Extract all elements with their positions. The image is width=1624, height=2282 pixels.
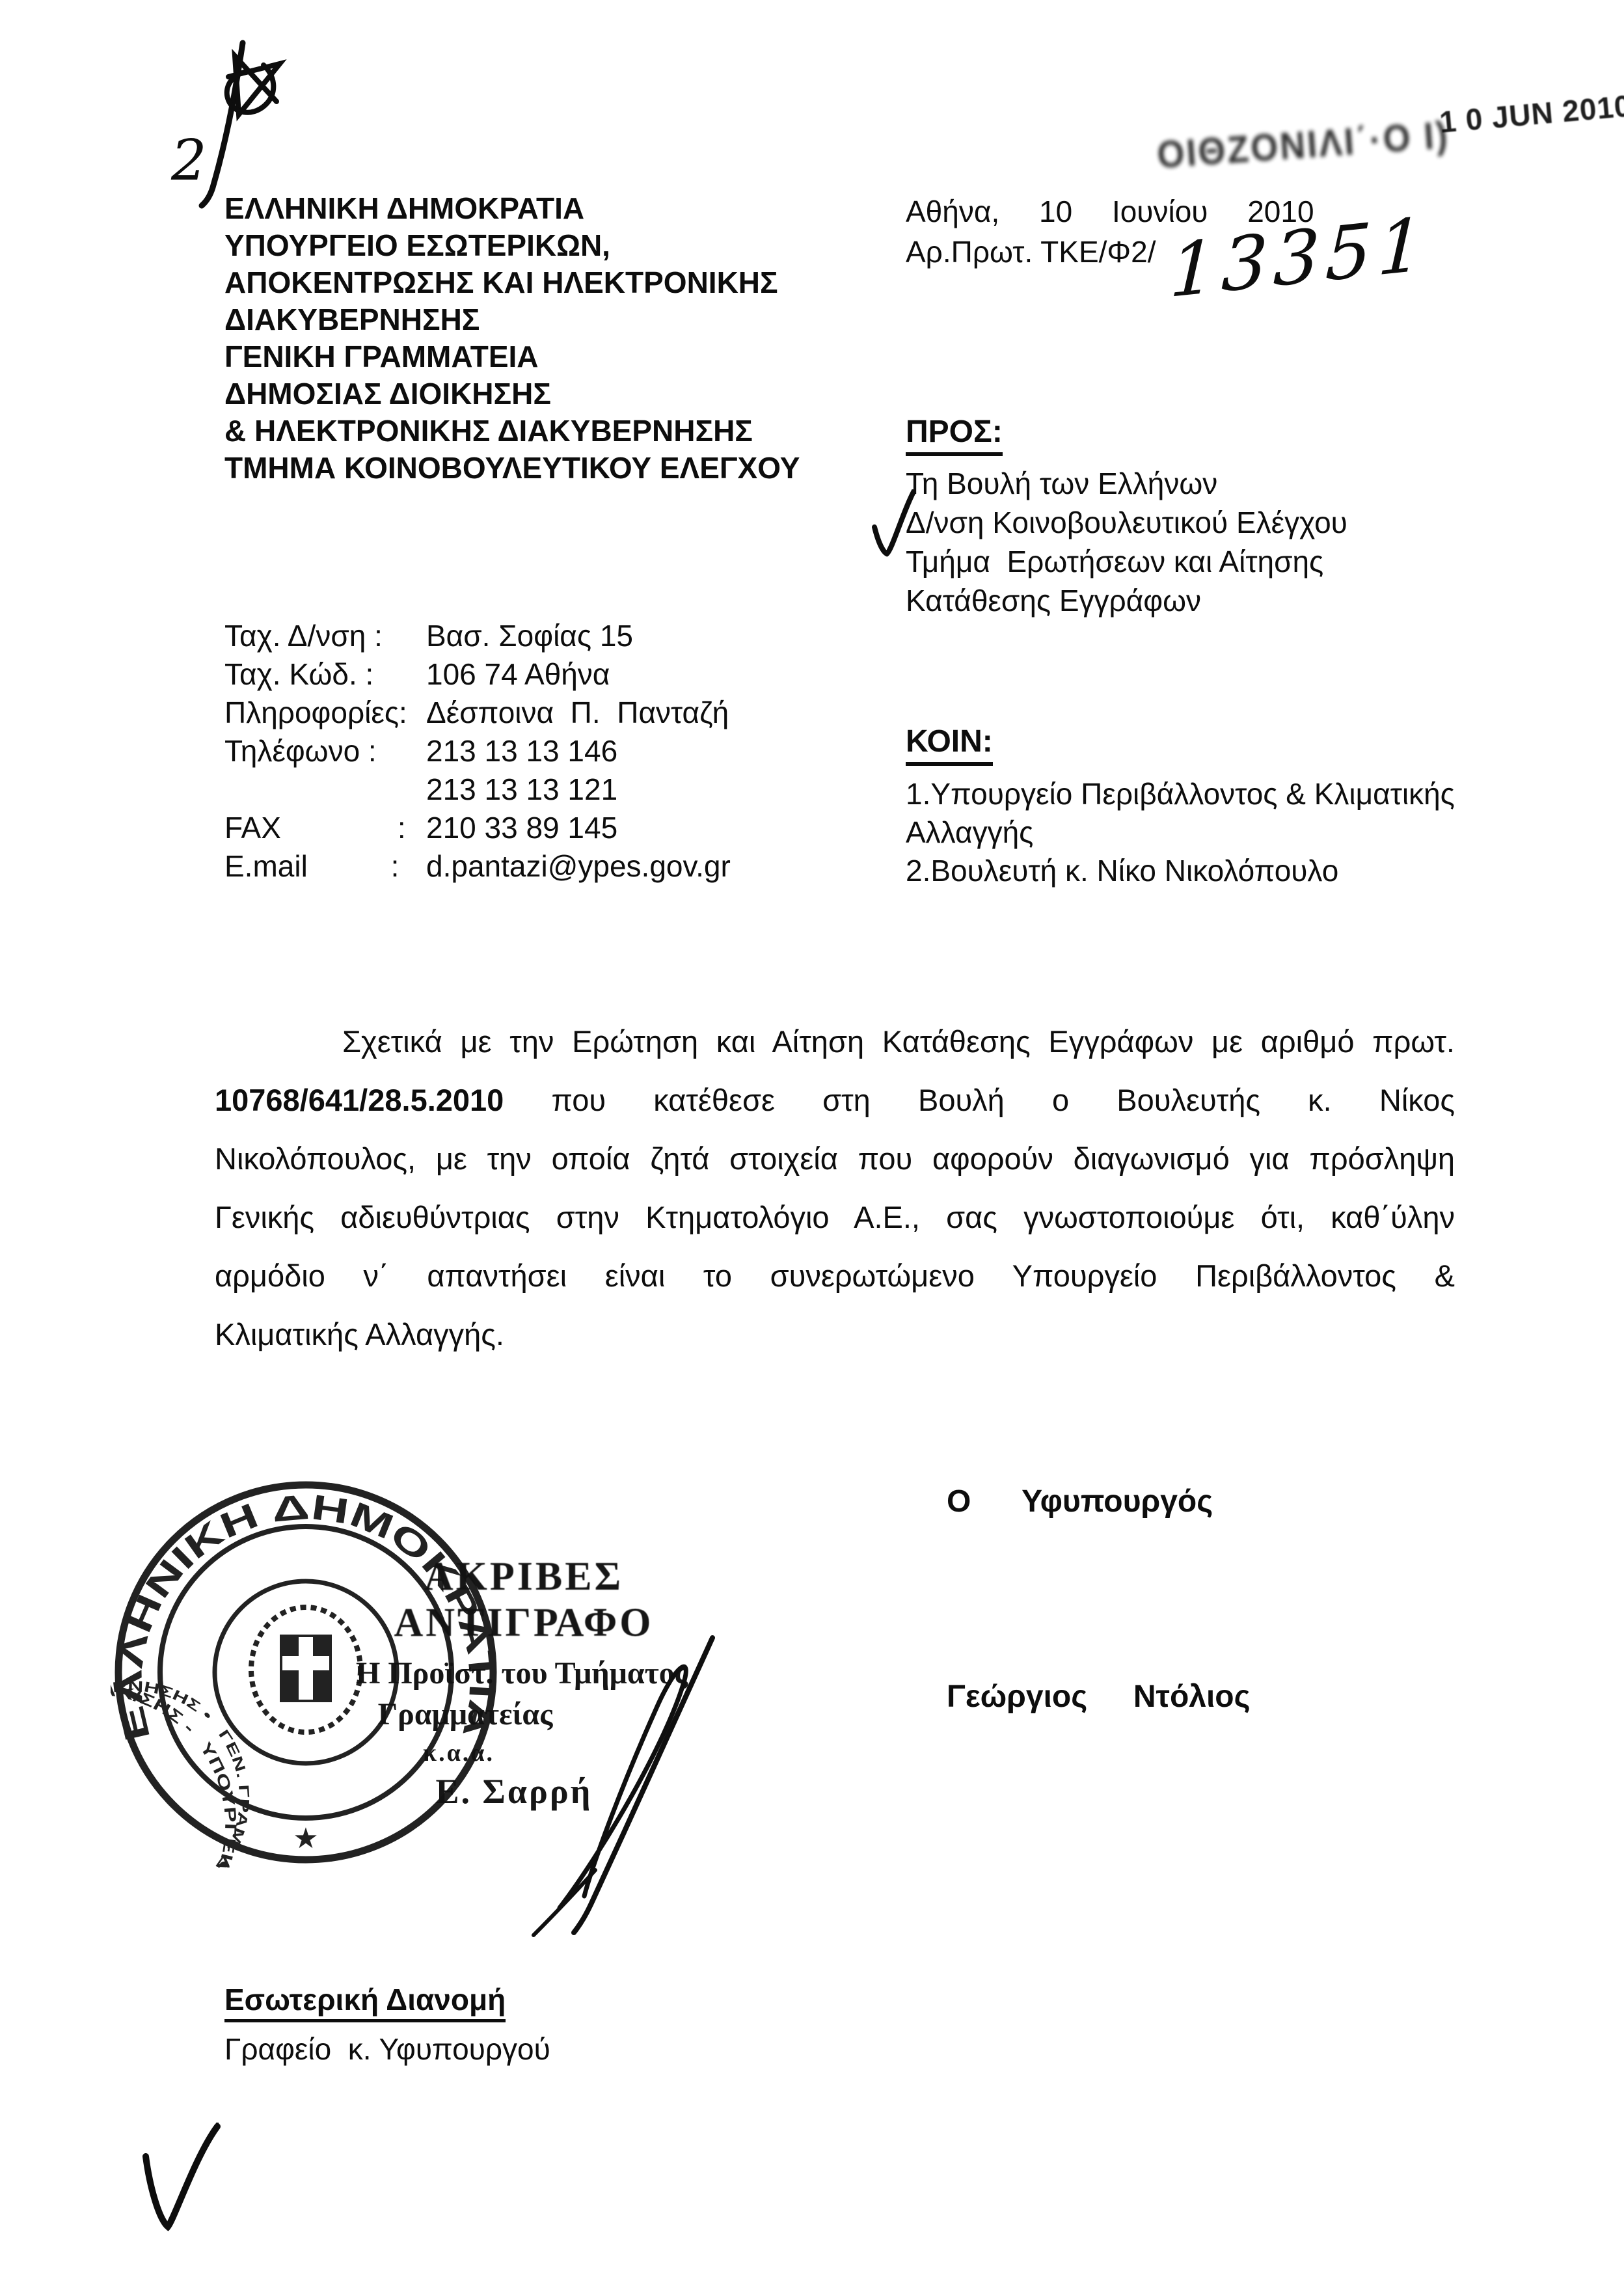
cc-line: 1.Υπουργείο Περιβάλλοντος & Κλιματικής: [906, 775, 1455, 813]
recipient-block: ΠΡΟΣ: Τη Βουλή των Ελλήνων Δ/νση Κοινοβο…: [906, 414, 1347, 620]
contact-label: FAX :: [224, 809, 426, 847]
protocol-label: Αρ.Πρωτ. ΤΚΕ/Φ2/: [906, 234, 1156, 269]
bottom-checkmark-icon: [138, 2123, 223, 2246]
body-line: Σχετικά με την Ερώτηση και Αίτηση Κατάθε…: [215, 1012, 1455, 1071]
body-line: 10768/641/28.5.2010 που κατέθεσε στη Βου…: [215, 1071, 1455, 1130]
contact-value: 213 13 13 121: [426, 772, 617, 806]
body-line: Κλιματικής Αλλαγγής.: [215, 1305, 1455, 1364]
body-line: αρμόδιο ν΄ απαντήσει είναι το συνερωτώμε…: [215, 1247, 1455, 1305]
recipient-line: Τη Βουλή των Ελλήνων: [906, 464, 1347, 503]
letterhead-line: ΤΜΗΜΑ ΚΟΙΝΟΒΟΥΛΕΥΤΙΚΟΥ ΕΛΕΓΧΟΥ: [224, 450, 800, 487]
cc-heading: ΚΟΙΝ:: [906, 724, 993, 766]
recipient-line: Δ/νση Κοινοβουλευτικού Ελέγχου: [906, 503, 1347, 542]
body-line: Νικολόπουλος, με την οποία ζητά στοιχεία…: [215, 1130, 1455, 1188]
body-line-text: που κατέθεσε στη Βουλή ο Βουλευτής κ. Νί…: [504, 1083, 1455, 1117]
recipient-line: Τμήμα Ερωτήσεων και Αίτησης: [906, 542, 1347, 581]
letterhead-line: & ΗΛΕΚΤΡΟΝΙΚΗΣ ΔΙΑΚΥΒΕΡΝΗΣΗΣ: [224, 413, 800, 450]
cc-line: Αλλαγγής: [906, 813, 1455, 852]
cc-line: 2.Βουλευτή κ. Νίκο Νικολόπουλο: [906, 852, 1455, 890]
stamp-star-icon: ★: [293, 1823, 318, 1854]
body-line: Γενικής αδιευθύντριας στην Κτηματολόγιο …: [215, 1188, 1455, 1247]
handwritten-signature: [514, 1602, 735, 1940]
svg-text:ΓΕΝ. ΓΡΑΜ. ΔΗΜ. ΔΙΟΙΚ/ΣΗΣ & ΗΛ: ΓΕΝ. ΓΡΑΜ. ΔΗΜ. ΔΙΟΙΚ/ΣΗΣ & ΗΛΕΚΤΡΟΝ. ΔΙ…: [111, 1678, 252, 1868]
signer-title: Ο Υφυπουργός: [947, 1484, 1213, 1519]
contact-value: 213 13 13 146: [426, 734, 617, 768]
contact-label: E.mail :: [224, 847, 426, 886]
recipient-checkmark-icon: [871, 489, 916, 561]
contact-value: 106 74 Αθήνα: [426, 657, 610, 691]
stamp-coat-of-arms: [281, 1636, 331, 1701]
scanned-letter-page: { "colors": { "ink": "#0d0d0d", "paper":…: [0, 0, 1624, 2282]
date-received-stamp: 1 0 JUN 2010: [1438, 88, 1624, 140]
letterhead-line: ΥΠΟΥΡΓΕΙΟ ΕΣΩΤΕΡΙΚΩΝ,: [224, 227, 800, 264]
contact-value: 210 33 89 145: [426, 811, 617, 845]
internal-distribution: Εσωτερική Διανομή Γραφείο κ. Υφυπουργού: [224, 1982, 550, 2067]
internal-distribution-line: Γραφείο κ. Υφυπουργού: [224, 2031, 550, 2067]
internal-distribution-heading: Εσωτερική Διανομή: [224, 1982, 506, 2022]
contact-value: Δέσποινα Π. Πανταζή: [426, 696, 729, 729]
page-number-digit: 2: [170, 128, 207, 193]
letterhead-line: ΑΠΟΚΕΝΤΡΩΣΗΣ ΚΑΙ ΗΛΕΚΤΡΟΝΙΚΗΣ: [224, 264, 800, 301]
letterhead-line: ΕΛΛΗΝΙΚΗ ΔΗΜΟΚΡΑΤΙΑ: [224, 190, 800, 227]
cc-block: ΚΟΙΝ: 1.Υπουργείο Περιβάλλοντος & Κλιματ…: [906, 724, 1455, 890]
body-paragraph: Σχετικά με την Ερώτηση και Αίτηση Κατάθε…: [215, 1012, 1455, 1364]
contact-label: Ταχ. Δ/νση :: [224, 617, 426, 655]
contact-value: d.pantazi@ypes.gov.gr: [426, 849, 731, 883]
letterhead: ΕΛΛΗΝΙΚΗ ΔΗΜΟΚΡΑΤΙΑ ΥΠΟΥΡΓΕΙΟ ΕΣΩΤΕΡΙΚΩΝ…: [224, 190, 800, 487]
signer-name: Γεώργιος Ντόλιος: [947, 1679, 1251, 1715]
recipient-heading: ΠΡΟΣ:: [906, 414, 1003, 456]
contact-label: Πληροφορίες:: [224, 694, 426, 732]
letterhead-line: ΓΕΝΙΚΗ ΓΡΑΜΜΑΤΕΙΑ: [224, 338, 800, 375]
stamp-inner-ring-text: ΓΕΝ. ΓΡΑΜ. ΔΗΜ. ΔΙΟΙΚ/ΣΗΣ & ΗΛΕΚΤΡΟΝ. ΔΙ…: [111, 1678, 252, 1868]
smudged-receipt-stamp: ΟΙΘΖΟΝΙΛΙ΄·Ο Ι): [1156, 113, 1451, 177]
letterhead-line: ΔΙΑΚΥΒΕΡΝΗΣΗΣ: [224, 301, 800, 338]
contact-label: Ταχ. Κώδ. :: [224, 655, 426, 694]
letterhead-line: ΔΗΜΟΣΙΑΣ ΔΙΟΙΚΗΣΗΣ: [224, 375, 800, 413]
contact-label: Τηλέφωνο :: [224, 732, 426, 770]
official-round-stamp: ΕΛΛΗΝΙΚΗ ΔΗΜΟΚΡΑΤΙΑ ΥΠΟΥΡΓΕΙΟ ΕΣΩΤΕΡΙΚΩΝ…: [111, 1477, 501, 1868]
recipient-line: Κατάθεσης Εγγράφων: [906, 581, 1347, 620]
contact-value: Βασ. Σοφίας 15: [426, 619, 633, 653]
contact-block: Ταχ. Δ/νση :Βασ. Σοφίας 15 Ταχ. Κώδ. :10…: [224, 617, 731, 886]
protocol-reference: 10768/641/28.5.2010: [215, 1083, 504, 1117]
